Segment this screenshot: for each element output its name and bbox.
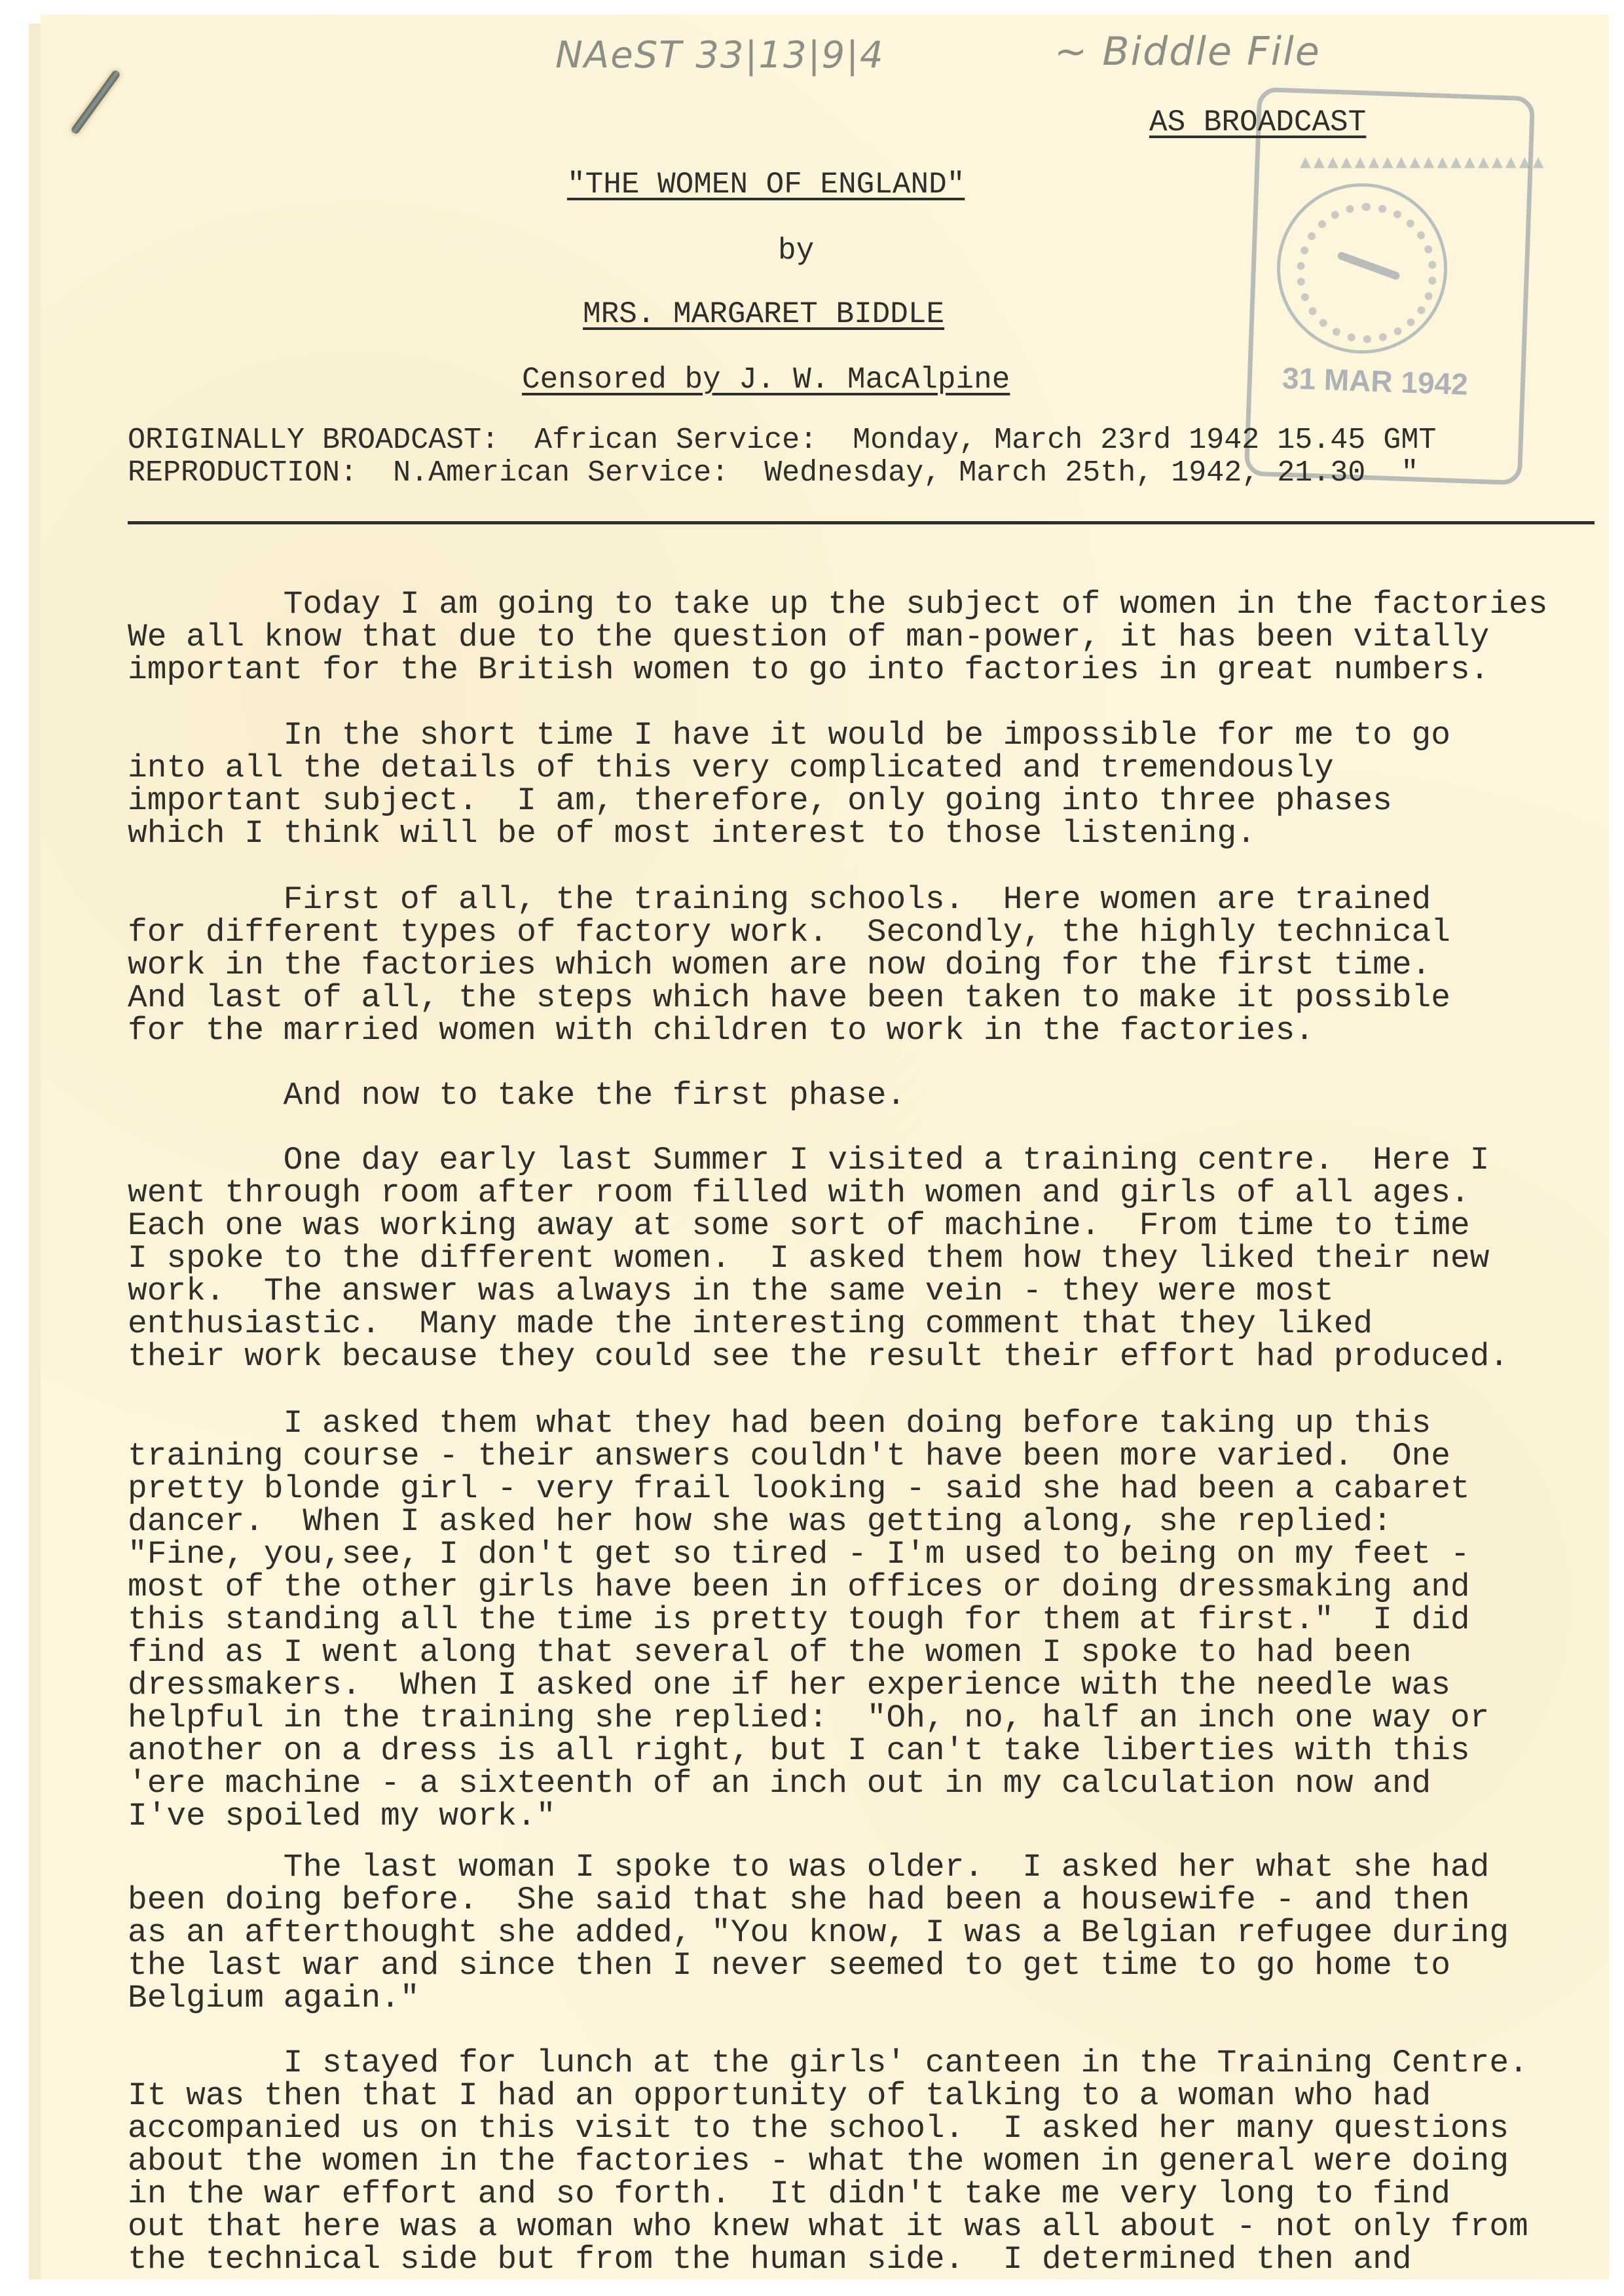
text-line: dancer. When I asked her how she was get… xyxy=(128,1505,1392,1538)
text-line: It was then that I had an opportunity of… xyxy=(128,2079,1431,2112)
text-line: another on a dress is all right, but I c… xyxy=(128,1734,1470,1767)
author-name: MRS. MARGARET BIDDLE xyxy=(583,298,944,331)
text-line: as an afterthought she added, "You know,… xyxy=(128,1916,1509,1949)
text-line: been doing before. She said that she had… xyxy=(128,1884,1470,1916)
text-line: pretty blonde girl - very frail looking … xyxy=(128,1472,1470,1505)
broadcast-reproduction: REPRODUCTION: N.American Service: Wednes… xyxy=(128,457,1418,490)
text-line: training course - their answers couldn't… xyxy=(128,1440,1450,1472)
text-line: in the war effort and so forth. It didn'… xyxy=(128,2178,1450,2210)
stamp-dial-ticks xyxy=(1297,203,1437,343)
text-line: most of the other girls have been in off… xyxy=(128,1571,1470,1603)
text-line: the technical side but from the human si… xyxy=(128,2243,1412,2276)
text-line: Today I am going to take up the subject … xyxy=(128,588,1547,621)
text-line: 'ere machine - a sixteenth of an inch ou… xyxy=(128,1767,1431,1800)
text-line: went through room after room filled with… xyxy=(128,1176,1470,1209)
text-line: their work because they could see the re… xyxy=(128,1340,1509,1373)
text-line: into all the details of this very compli… xyxy=(128,752,1334,784)
text-line: out that here was a woman who knew what … xyxy=(128,2210,1528,2243)
text-line: In the short time I have it would be imp… xyxy=(128,719,1450,752)
text-line: dressmakers. When I asked one if her exp… xyxy=(128,1669,1450,1702)
broadcast-status: AS BROADCAST xyxy=(1149,106,1366,139)
text-line: I've spoiled my work." xyxy=(128,1800,556,1832)
text-line: for different types of factory work. Sec… xyxy=(128,916,1450,949)
byline-by: by xyxy=(778,234,814,267)
text-line: about the women in the factories - what … xyxy=(128,2145,1509,2178)
text-line: And last of all, the steps which have be… xyxy=(128,981,1450,1014)
text-line: helpful in the training she replied: "Oh… xyxy=(128,1702,1489,1734)
text-line: work. The answer was always in the same … xyxy=(128,1275,1334,1307)
text-line: accompanied us on this visit to the scho… xyxy=(128,2112,1509,2145)
text-line: First of all, the training schools. Here… xyxy=(128,883,1431,916)
stamp-dotted-line: ▲▲▲▲▲▲▲▲▲▲▲▲▲▲▲▲▲▲ xyxy=(1300,154,1547,170)
text-line: "Fine, you,see, I don't get so tired - I… xyxy=(128,1538,1470,1571)
text-line: One day early last Summer I visited a tr… xyxy=(128,1144,1489,1176)
header-divider xyxy=(128,521,1595,524)
broadcast-original: ORIGINALLY BROADCAST: African Service: M… xyxy=(128,424,1436,457)
text-line: for the married women with children to w… xyxy=(128,1014,1314,1047)
text-line: I spoke to the different women. I asked … xyxy=(128,1242,1489,1275)
document-title: "THE WOMEN OF ENGLAND" xyxy=(567,168,965,201)
text-line: important for the British women to go in… xyxy=(128,653,1489,686)
censor-line: Censored by J. W. MacAlpine xyxy=(522,363,1010,396)
text-line: enthusiastic. Many made the interesting … xyxy=(128,1307,1373,1340)
text-line: I stayed for lunch at the girls' canteen… xyxy=(128,2047,1528,2079)
page-bottom-edge xyxy=(0,2280,1624,2296)
text-line: We all know that due to the question of … xyxy=(128,621,1489,653)
text-line: The last woman I spoke to was older. I a… xyxy=(128,1851,1489,1884)
handwritten-reference: NAeST 33|13|9|4 xyxy=(555,34,885,77)
text-line: which I think will be of most interest t… xyxy=(128,817,1256,850)
text-line: find as I went along that several of the… xyxy=(128,1636,1412,1669)
text-line: the last war and since then I never seem… xyxy=(128,1949,1450,1982)
text-line: Belgium again." xyxy=(128,1982,420,2014)
text-line: I asked them what they had been doing be… xyxy=(128,1407,1431,1440)
text-line: And now to take the first phase. xyxy=(128,1079,906,1112)
text-line: important subject. I am, therefore, only… xyxy=(128,784,1392,817)
stamp-date: 31 MAR 1942 xyxy=(1282,360,1469,402)
handwritten-file-note: ~ Biddle File xyxy=(1054,29,1321,75)
text-line: Each one was working away at some sort o… xyxy=(128,1209,1470,1242)
text-line: this standing all the time is pretty tou… xyxy=(128,1603,1470,1636)
text-line: work in the factories which women are no… xyxy=(128,949,1431,981)
